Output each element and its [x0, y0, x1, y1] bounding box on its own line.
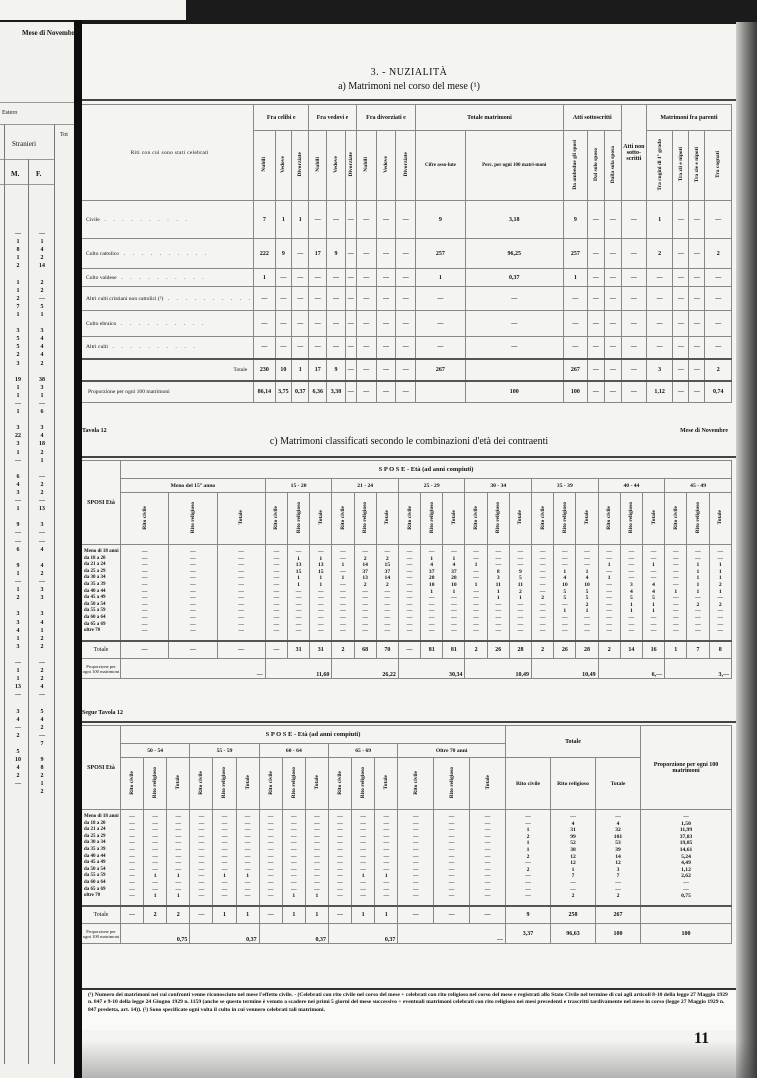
cell: —	[443, 615, 464, 622]
running-head: Mese di Novembre	[22, 29, 78, 37]
cell: —	[689, 239, 705, 269]
cell: —	[563, 337, 587, 359]
cell: —	[621, 239, 646, 269]
cell: —	[213, 821, 235, 828]
sub-header: Tra zii e nipoti	[673, 131, 689, 201]
cell: 1	[288, 582, 309, 589]
cell: —	[443, 549, 464, 556]
rule	[82, 99, 736, 101]
cell: —	[218, 569, 265, 576]
cell: 2	[506, 854, 550, 861]
cell: —	[237, 834, 259, 841]
cell: —	[465, 337, 563, 359]
cell: —	[283, 880, 305, 887]
cell: —	[434, 847, 469, 854]
sub-header-label: Dalla sola sposa	[610, 146, 616, 183]
cell: 5	[510, 575, 531, 582]
cell: 1,12	[641, 867, 731, 874]
cell: —	[621, 381, 646, 403]
cell: —	[604, 201, 621, 239]
cell: —	[121, 840, 143, 847]
cell: —	[599, 622, 620, 629]
cell: —	[434, 840, 469, 847]
sub-header-label: Nubili	[261, 157, 267, 172]
cell: —	[260, 840, 282, 847]
cell: —	[488, 602, 509, 609]
sub-header-label: Perc. per ogni 100 matri-moni	[466, 162, 563, 169]
cell: —	[190, 840, 212, 847]
cell: —	[506, 873, 550, 880]
age-group-header: 15 - 20	[265, 479, 332, 493]
sub-header-label: Rito civile	[340, 506, 346, 530]
column-cell: —143728101——————	[443, 545, 465, 641]
cell: —	[283, 854, 305, 861]
cell: 258	[551, 906, 596, 924]
cell: —	[532, 622, 553, 629]
cell: 10	[576, 582, 597, 589]
cell: —	[621, 622, 642, 629]
cell: —	[621, 575, 642, 582]
column-cell: —————————————	[398, 810, 434, 906]
cell: 1	[599, 575, 620, 582]
cell: —	[329, 814, 351, 821]
row-label: Culto valdese . . . . . . . . . .	[82, 269, 254, 287]
cell: 2	[710, 582, 731, 589]
cell: 31	[287, 641, 309, 659]
cell: —	[306, 821, 328, 828]
cell: —	[190, 893, 212, 900]
cell: —	[345, 239, 356, 269]
column-cell: —————————————	[169, 545, 217, 641]
cell: —	[673, 239, 689, 269]
cell: —	[345, 287, 356, 311]
cell: 9	[506, 906, 551, 924]
cell: —	[443, 595, 464, 602]
row-header: Riti con cui sono stati celebrati	[82, 105, 254, 201]
cell: —	[283, 873, 305, 880]
cell: —	[554, 602, 575, 609]
cell: 1	[510, 595, 531, 602]
cell: —	[169, 622, 216, 629]
column-cell: —————————————	[470, 810, 506, 906]
cell: —	[121, 556, 168, 563]
cell: —	[260, 847, 282, 854]
cell: —	[352, 867, 374, 874]
cell: —	[643, 622, 664, 629]
cell: —	[237, 814, 259, 821]
column-cell: —————————————	[217, 545, 265, 641]
cell: —	[345, 311, 356, 337]
sub-header: Divorziate	[292, 131, 309, 201]
sub-header-label: Da ambedue gli sposi	[572, 140, 578, 190]
cell: —	[292, 287, 309, 311]
row-label: Culto ebraico . . . . . . . . . .	[82, 311, 254, 337]
leader-dots: . . . . . . . . . .	[116, 321, 206, 327]
cell: —	[169, 615, 216, 622]
group-header: Fra celibi e	[254, 105, 309, 131]
sub-header-label: Rito civile	[198, 771, 204, 795]
footnote: (¹) Numero dei matrimoni nei cui confron…	[82, 988, 736, 1030]
cell: 1	[292, 201, 309, 239]
cell: —	[551, 814, 595, 821]
cell: —	[375, 814, 397, 821]
cell: —	[689, 269, 705, 287]
cell: 3,37	[506, 924, 551, 944]
cell: —	[275, 311, 292, 337]
cell: —	[121, 608, 168, 615]
cell: 1	[213, 873, 235, 880]
cell: —	[506, 821, 550, 828]
age-group-header: Meno del 15° anno	[121, 479, 266, 493]
left-page-rule	[0, 102, 74, 103]
cell: 1	[292, 359, 309, 381]
sub-header-label: Dal solo sposo	[593, 148, 599, 181]
cell: —	[470, 847, 505, 854]
cell: —	[587, 381, 604, 403]
cell: —	[399, 595, 420, 602]
row-label: da 60 a 64	[84, 880, 120, 887]
cell: —	[673, 311, 689, 337]
cell: —	[532, 569, 553, 576]
cell: —	[434, 893, 469, 900]
cell: —	[306, 860, 328, 867]
cell: —	[465, 569, 486, 576]
cell: —	[376, 201, 396, 239]
column-cell: —1131511———————	[287, 545, 309, 641]
cell: —	[266, 608, 287, 615]
cell: —	[167, 867, 189, 874]
sub-header: Tra cugini di 1° grado	[646, 131, 672, 201]
cell: 3,—	[665, 659, 732, 679]
cell: —	[237, 840, 259, 847]
cell: 257	[416, 239, 465, 269]
cell: —	[376, 381, 396, 403]
cell: —	[470, 887, 505, 894]
cell: —	[705, 201, 732, 239]
cell: —	[169, 641, 217, 659]
cell: —	[532, 549, 553, 556]
sub-header-label: Tra zii e nipoti	[678, 147, 684, 181]
cell: 13	[310, 562, 331, 569]
column-cell: —1131511———————	[310, 545, 332, 641]
cell: —	[689, 337, 705, 359]
cell: 1	[275, 201, 292, 239]
cell: —	[399, 562, 420, 569]
cell: 2	[377, 556, 398, 563]
cell: —	[376, 269, 396, 287]
cell: —	[254, 311, 275, 337]
row-header-label: SPOSI Età	[87, 500, 115, 506]
cell: —	[356, 287, 376, 311]
cell: —	[510, 628, 531, 635]
cell: 10	[554, 582, 575, 589]
cell: 19,85	[641, 840, 731, 847]
cell: 7	[687, 641, 709, 659]
cell: —	[587, 287, 604, 311]
cell: —	[532, 589, 553, 596]
cell: 1	[421, 556, 442, 563]
cell: 1	[621, 608, 642, 615]
cell: 11,60	[265, 659, 332, 679]
cell: —	[375, 887, 397, 894]
sub-header-label: Rito religioso	[190, 502, 196, 533]
cell: —	[375, 840, 397, 847]
sub-header: Rito religioso	[421, 493, 443, 545]
sub-header-label: Totale	[451, 510, 457, 524]
cell: 26,22	[332, 659, 399, 679]
cell: —	[213, 814, 235, 821]
cell: —	[488, 622, 509, 629]
cell: 38	[551, 847, 595, 854]
row-label: da 50 a 54	[84, 602, 120, 609]
cell: —	[470, 867, 505, 874]
cell: —	[309, 337, 327, 359]
totale-sub-header: Rito civile	[506, 758, 551, 810]
cell: —	[470, 906, 506, 924]
sub-header-label: Rito religioso	[628, 502, 634, 533]
row-label: da 21 a 24	[84, 562, 120, 569]
cell: 4	[421, 562, 442, 569]
cell: —	[356, 311, 376, 337]
cell: —	[510, 615, 531, 622]
cell: —	[190, 873, 212, 880]
cell: 81	[443, 641, 465, 659]
left-page-vline	[54, 124, 55, 1064]
column-cell: —————————————	[121, 810, 144, 906]
sub-header-label: Totale	[383, 775, 389, 789]
cell: —	[399, 622, 420, 629]
cell: —	[167, 887, 189, 894]
cell: —	[376, 337, 396, 359]
proportion-values-column: —1,5011,9937,8319,8514,615,244,491,122,6…	[641, 810, 732, 906]
page-number: 11	[694, 1030, 709, 1048]
column-cell: —————————1——1	[167, 810, 190, 906]
cell: —	[375, 834, 397, 841]
sub-header: Totale	[376, 493, 398, 545]
cell: —	[689, 201, 705, 239]
cell: —	[621, 569, 642, 576]
row-label: da 65 a 69	[84, 622, 120, 629]
cell: —	[621, 615, 642, 622]
cell: 26	[487, 641, 509, 659]
left-page-column-group: Stranieri	[12, 140, 36, 148]
cell: 7	[596, 873, 640, 880]
cell: —	[345, 269, 356, 287]
row-label: da 55 a 59	[84, 873, 120, 880]
cell: 14	[596, 854, 640, 861]
total-row: Totale—22—11—11—11———9258267	[82, 906, 732, 924]
cell: —	[213, 840, 235, 847]
cell: —	[283, 827, 305, 834]
cell: —	[329, 840, 351, 847]
sub-header: Rito religioso	[352, 758, 375, 810]
cell: 2	[506, 834, 550, 841]
cell: —	[398, 840, 433, 847]
cell: —	[465, 615, 486, 622]
cell: —	[355, 595, 376, 602]
age-group-header: 50 - 54	[121, 744, 190, 758]
cell: —	[465, 311, 563, 337]
cell: —	[510, 556, 531, 563]
cell: —	[275, 337, 292, 359]
cell: —	[399, 602, 420, 609]
cell: —	[329, 834, 351, 841]
cell: —	[510, 622, 531, 629]
cell: —	[355, 615, 376, 622]
cell: —	[376, 311, 396, 337]
proportion-row: Proporzione per ogni 100 matrimoni86,143…	[82, 381, 732, 403]
cell: —	[121, 814, 143, 821]
sub-header-label: Totale	[485, 775, 491, 789]
cell: —	[604, 269, 621, 287]
cell: —	[218, 622, 265, 629]
cell: —	[306, 887, 328, 894]
cell: —	[190, 834, 212, 841]
cell: —	[421, 608, 442, 615]
cell: 28	[509, 641, 531, 659]
rule	[82, 721, 736, 723]
cell: 1	[687, 575, 708, 582]
cell: 10	[421, 582, 442, 589]
row-label: da 25 a 29	[84, 569, 120, 576]
cell: 11	[488, 582, 509, 589]
cell: —	[121, 834, 143, 841]
sub-header-label: Totale	[651, 510, 657, 524]
cell: 2	[355, 556, 376, 563]
sub-header-label: Totale	[175, 775, 181, 789]
cell: —	[399, 589, 420, 596]
cell: —	[375, 827, 397, 834]
cell: —	[327, 201, 345, 239]
cell: —	[599, 628, 620, 635]
cell: —	[355, 622, 376, 629]
cell: 1	[687, 569, 708, 576]
cell: 10,49	[465, 659, 532, 679]
cell: —	[465, 589, 486, 596]
cell: 1	[687, 582, 708, 589]
cell: —	[710, 556, 731, 563]
column-cell: ———141055—1———	[554, 545, 576, 641]
cell: —	[345, 359, 356, 381]
cell: 96,63	[551, 924, 596, 944]
cell: —	[266, 582, 287, 589]
cell: —	[283, 834, 305, 841]
cell: —	[470, 860, 505, 867]
proportion-header: Proporzione per ogni 100 matrimoni	[641, 726, 732, 810]
cell: —	[673, 381, 689, 403]
cell: —	[399, 608, 420, 615]
table-row: Culto valdese . . . . . . . . . .1——————…	[82, 269, 732, 287]
cell: 1	[465, 582, 486, 589]
cell: —	[434, 867, 469, 874]
group-header: Matrimoni fra parenti	[646, 105, 731, 131]
cell: 5,24	[641, 854, 731, 861]
cell: —	[355, 602, 376, 609]
cell: 3,18	[465, 201, 563, 239]
cell: —	[352, 887, 374, 894]
sub-header-label: Rito civile	[407, 506, 413, 530]
cell: 37	[377, 569, 398, 576]
cell: —	[532, 582, 553, 589]
cell: —	[167, 827, 189, 834]
cell: —	[665, 602, 686, 609]
cell: —	[665, 628, 686, 635]
cell: 7	[551, 873, 595, 880]
sub-header-label: Rito religioso	[360, 767, 366, 798]
cell: 96,25	[465, 239, 563, 269]
cell: —	[306, 873, 328, 880]
cell: —	[604, 337, 621, 359]
cell: —	[266, 556, 287, 563]
cell: —	[641, 814, 731, 821]
cell: —	[345, 381, 356, 403]
table-row: Civile . . . . . . . . . .711——————93,18…	[82, 201, 732, 239]
cell: 13	[355, 575, 376, 582]
sub-header: Totale	[709, 493, 731, 545]
cell: 1	[167, 893, 189, 900]
cell: —	[144, 860, 166, 867]
sub-header: Rito civile	[328, 758, 351, 810]
sub-header: Divorziate	[396, 131, 416, 201]
cell: —	[310, 595, 331, 602]
cell: 1	[332, 575, 353, 582]
cell: —	[329, 821, 351, 828]
cell: —	[399, 628, 420, 635]
cell: 99	[551, 834, 595, 841]
cell: —	[310, 549, 331, 556]
cell: —	[443, 608, 464, 615]
cell: 12	[551, 860, 595, 867]
column-cell: ——1——1———————	[465, 545, 487, 641]
cell: 37	[421, 569, 442, 576]
cell: —	[506, 814, 550, 821]
cell: —	[470, 840, 505, 847]
cell: 1	[488, 595, 509, 602]
age-group-header: 21 - 24	[332, 479, 399, 493]
cell: —	[643, 615, 664, 622]
column-cell: ————————————1	[305, 810, 328, 906]
age-group-header: 30 - 34	[465, 479, 532, 493]
sub-header-label: Totale	[238, 510, 244, 524]
cell: 1	[687, 589, 708, 596]
cell: —	[587, 201, 604, 239]
cell: —	[169, 582, 216, 589]
cell: 11	[510, 582, 531, 589]
cell: —	[710, 622, 731, 629]
cell: —	[396, 359, 416, 381]
cell: 15	[377, 562, 398, 569]
cell: 6,—	[598, 659, 665, 679]
sub-header: Divorziate	[345, 131, 356, 201]
cell: 9	[563, 201, 587, 239]
cell: 1	[621, 602, 642, 609]
cell: —	[705, 311, 732, 337]
cell: —	[470, 827, 505, 834]
cell: —	[377, 589, 398, 596]
cell: —	[587, 337, 604, 359]
cell: —	[710, 549, 731, 556]
cell: —	[332, 549, 353, 556]
cell: —	[121, 582, 168, 589]
cell: 1,12	[646, 381, 672, 403]
cell: 1	[310, 582, 331, 589]
cell: —	[604, 311, 621, 337]
cell: —	[465, 549, 486, 556]
sub-header-label: Rito religioso	[495, 502, 501, 533]
cell: —	[621, 269, 646, 287]
cell: —	[705, 287, 732, 311]
cell: —	[399, 556, 420, 563]
